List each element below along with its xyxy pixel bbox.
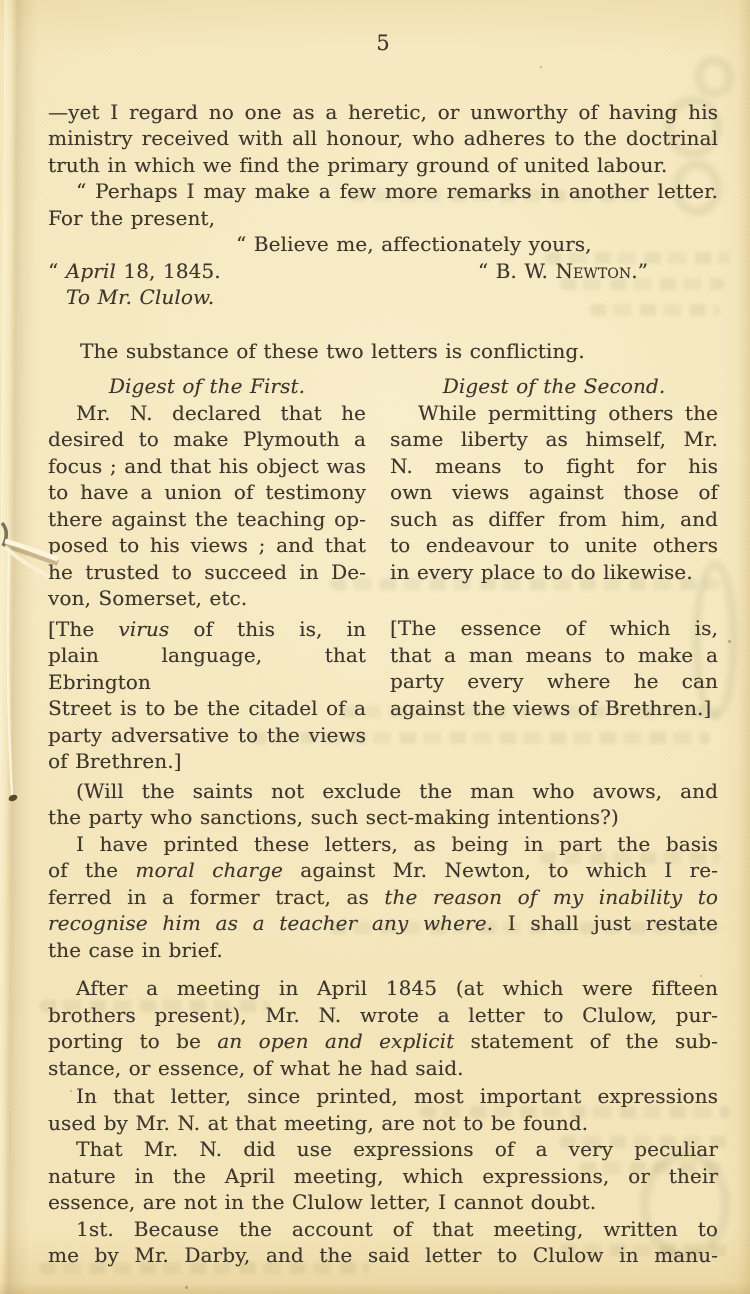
letter-closing-line: “ Believe me, affectionately yours, [48, 231, 718, 258]
thread-strand-lower [5, 547, 50, 577]
letter-signature: “ B. W. Newton.” [478, 258, 648, 285]
page-content: 5 —yet I regard no one as a heretic, or … [48, 30, 718, 1269]
paragraph-printed-letters: I have printed these letters, as being i… [48, 831, 718, 964]
letter-addressee: To Mr. Clulow. [48, 284, 718, 311]
digest-first-heading: Digest of the First. [48, 373, 366, 400]
substance-statement: The substance of these two letters is co… [48, 338, 718, 365]
letter-date-signature-line: “ April 18, 1845. “ B. W. Newton.” [48, 258, 718, 285]
paragraph-first-reason: 1st. Because the account of that meeting… [48, 1216, 718, 1269]
digest-second-column: Digest of the Second. While permitting o… [390, 373, 718, 775]
digest-first-column: Digest of the First. Mr. N. declared tha… [48, 373, 366, 775]
letter-date: “ April 18, 1845. [48, 258, 221, 285]
paragraph-saints-exclude: (Will the saints not exclude the man who… [48, 778, 718, 831]
dust-speck [728, 640, 731, 643]
digest-first-bracket-note: [The virus of this is, inplain language,… [48, 616, 366, 775]
paragraph-april-meeting: After a meeting in April 1845 (at which … [48, 975, 718, 1081]
digest-second-paragraph: While permitting others thesame liberty … [390, 400, 718, 586]
thread-vertical [8, 549, 12, 795]
right-edge-shadow [738, 0, 750, 1294]
digest-second-heading: Digest of the Second. [390, 373, 718, 400]
paragraph-in-that-letter: In that letter, since printed, most impo… [48, 1083, 718, 1136]
digest-second-bracket-note: [The essence of which is,that a man mean… [390, 615, 718, 721]
thread-shadow-notch [2, 523, 6, 546]
thread-end-speck [8, 794, 19, 803]
bottom-edge-shadow [0, 1282, 750, 1294]
paragraph-remarks: “ Perhaps I may make a few more remarks … [48, 178, 718, 231]
paragraph-peculiar-expressions: That Mr. N. did use expressions of a ver… [48, 1136, 718, 1216]
scanned-page: 5 —yet I regard no one as a heretic, or … [0, 0, 750, 1294]
paragraph-heretic: —yet I regard no one as a heretic, or un… [48, 99, 718, 179]
left-binding-crease [0, 0, 45, 1294]
digest-first-paragraph: Mr. N. declared that hedesired to make P… [48, 400, 366, 612]
digest-columns: Digest of the First. Mr. N. declared tha… [48, 373, 718, 775]
dust-speck [185, 1286, 188, 1289]
page-number: 5 [48, 30, 718, 57]
